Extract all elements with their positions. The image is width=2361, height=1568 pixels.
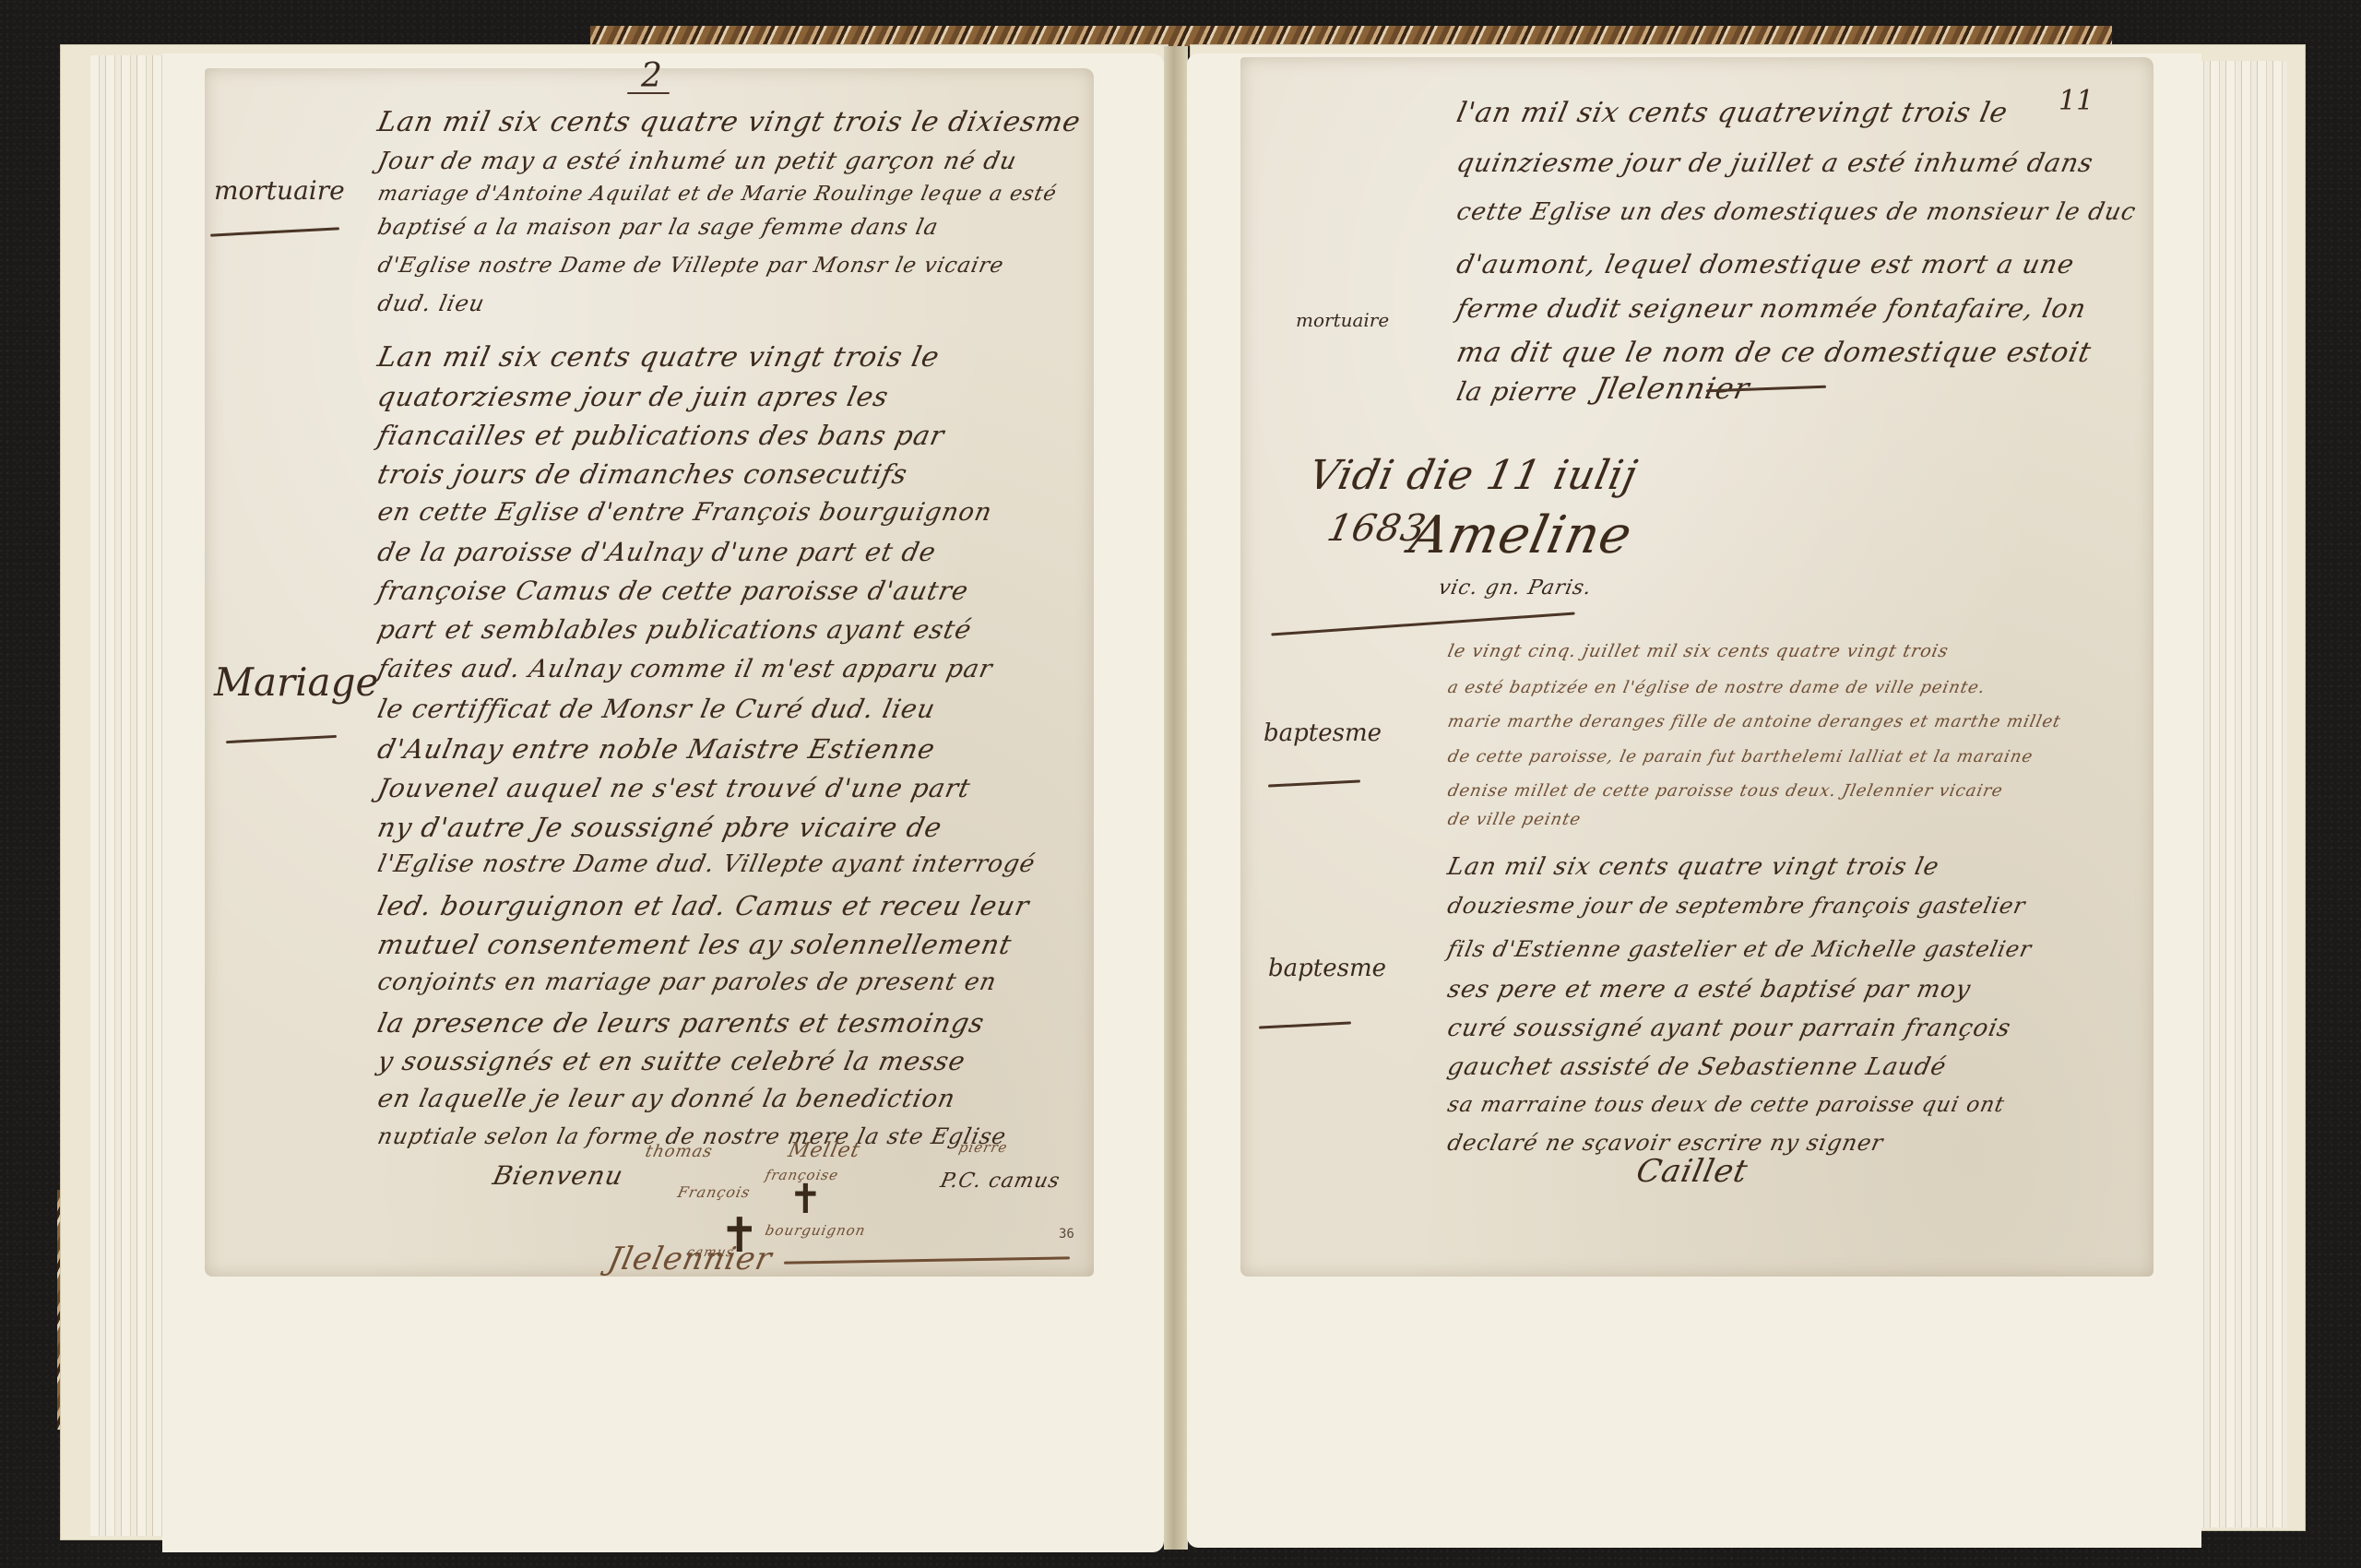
text-line: de ville peinte [1446,810,1584,829]
text-line: Jouvenel auquel ne s'est trouvé d'une pa… [374,773,973,803]
text-line: fils d'Estienne gastelier et de Michelle… [1445,936,2035,962]
text-line: baptisé a la maison par la sage femme da… [375,214,941,240]
text-line: conjoints en mariage par paroles de pres… [375,968,1000,996]
signature-thomas: thomas [644,1142,715,1161]
folio-number: 36 [1059,1227,1074,1241]
text-line: en laquelle je leur ay donné la benedict… [375,1085,958,1113]
text-line: trois jours de dimanches consecutifs [374,458,910,490]
signature-bienvenu: Bienvenu [490,1160,626,1191]
text-line: la pierre [1453,376,1580,407]
signature-francois: François [676,1183,753,1201]
signature-pc-camus: P.C. camus [938,1170,1062,1193]
top-marbled-edge [590,26,2112,46]
text-line: dud. lieu [375,291,487,316]
text-line: sa marraine tous deux de cette paroisse … [1445,1093,2007,1117]
text-line: faites aud. Aulnay comme il m'est apparu… [375,655,996,683]
text-line: ma dit que le nom de ce domestique estoi… [1453,337,2094,369]
text-line: Jour de may a esté inhumé un petit garço… [375,148,1020,175]
margin-label-mariage: Mariage [214,659,378,705]
text-line: part et semblables publications ayant es… [374,614,974,645]
text-line: l'Eglise nostre Dame dud. Villepte ayant… [375,850,1038,878]
text-line: denise millet de cette paroisse tous deu… [1446,781,2005,801]
page-number-left: 2 [641,57,662,95]
text-line: l'an mil six cents quatrevingt trois le [1453,97,2011,129]
text-line: le certifficat de Monsr le Curé dud. lie… [374,694,938,724]
text-line: curé soussigné ayant pour parrain franço… [1445,1015,2013,1042]
text-line: d'Eglise nostre Dame de Villepte par Mon… [375,254,1006,278]
text-line: mariage d'Antoine Aquilat et de Marie Ro… [375,183,1059,206]
page-number-underline [627,92,670,94]
text-line: y soussignés et en suitte celebré la mes… [374,1046,968,1076]
signature-mellet: Mellet [786,1139,862,1162]
signature-bourguignon: bourguignon [764,1222,867,1239]
text-line: le vingt cinq. juillet mil six cents qua… [1446,641,1951,661]
margin-label-mortuaire-left: mortuaire [214,175,345,206]
margin-label-baptesme-2: baptesme [1268,955,1386,982]
text-line: quatorziesme jour de juin apres les [374,381,892,412]
signature-jlelennier: Jlelennier [605,1241,776,1277]
text-line: d'Aulnay entre noble Maistre Estienne [374,733,938,765]
text-line: a esté baptizée en l'église de nostre da… [1446,678,1987,697]
vidi-line: Vidi die 11 iulij [1305,452,1643,499]
text-line: Lan mil six cents quatre vingt trois le … [374,106,1084,138]
margin-label-mortuaire-right: mortuaire [1296,309,1389,331]
book-gutter [1164,46,1188,1550]
ameline-title: vic. gn. Paris. [1436,576,1594,600]
signature-caillet: Caillet [1633,1153,1751,1190]
mark-cross-icon: ✝ [789,1176,823,1223]
text-line: gauchet assisté de Sebastienne Laudé [1445,1053,1949,1081]
text-line: quinziesme jour de juillet a esté inhumé… [1453,148,2096,178]
right-page-stack [2195,61,2287,1527]
text-line: d'aumont, lequel domestique est mort a u… [1453,249,2077,279]
text-line: françoise Camus de cette paroisse d'autr… [374,576,971,606]
signature-pierre: pierre [957,1139,1009,1156]
signature-ameline: Ameline [1405,505,1638,565]
text-line: cette Eglise un des domestiques de monsi… [1454,198,2139,226]
text-line: fiancailles et publications des bans par [374,420,947,451]
page-number-right: 11 [2058,85,2094,117]
margin-label-baptesme-1: baptesme [1264,719,1382,747]
text-line: de la paroisse d'Aulnay d'une part et de [374,537,939,567]
text-line: ses pere et mere a esté baptisé par moy [1445,976,1974,1004]
text-line: de cette paroisse, le parain fut barthel… [1446,747,2035,766]
text-line: led. bourguignon et lad. Camus et receu … [374,890,1032,921]
text-line: marie marthe deranges fille de antoine d… [1446,712,2063,731]
text-line: mutuel consentement les ay solennellemen… [374,929,1014,960]
text-line: ny d'autre Je soussigné pbre vicaire de [374,812,944,843]
text-line: Lan mil six cents quatre vingt trois le [374,341,943,374]
text-line: Lan mil six cents quatre vingt trois le [1445,853,1942,881]
text-line: en cette Eglise d'entre François bourgui… [375,498,995,527]
text-line: la presence de leurs parents et tesmoing… [374,1007,987,1039]
text-line: declaré ne sçavoir escrire ny signer [1445,1130,1886,1156]
text-line: douziesme jour de septembre françois gas… [1445,893,2028,919]
text-line: ferme dudit seigneur nommée fontafaire, … [1453,293,2089,324]
